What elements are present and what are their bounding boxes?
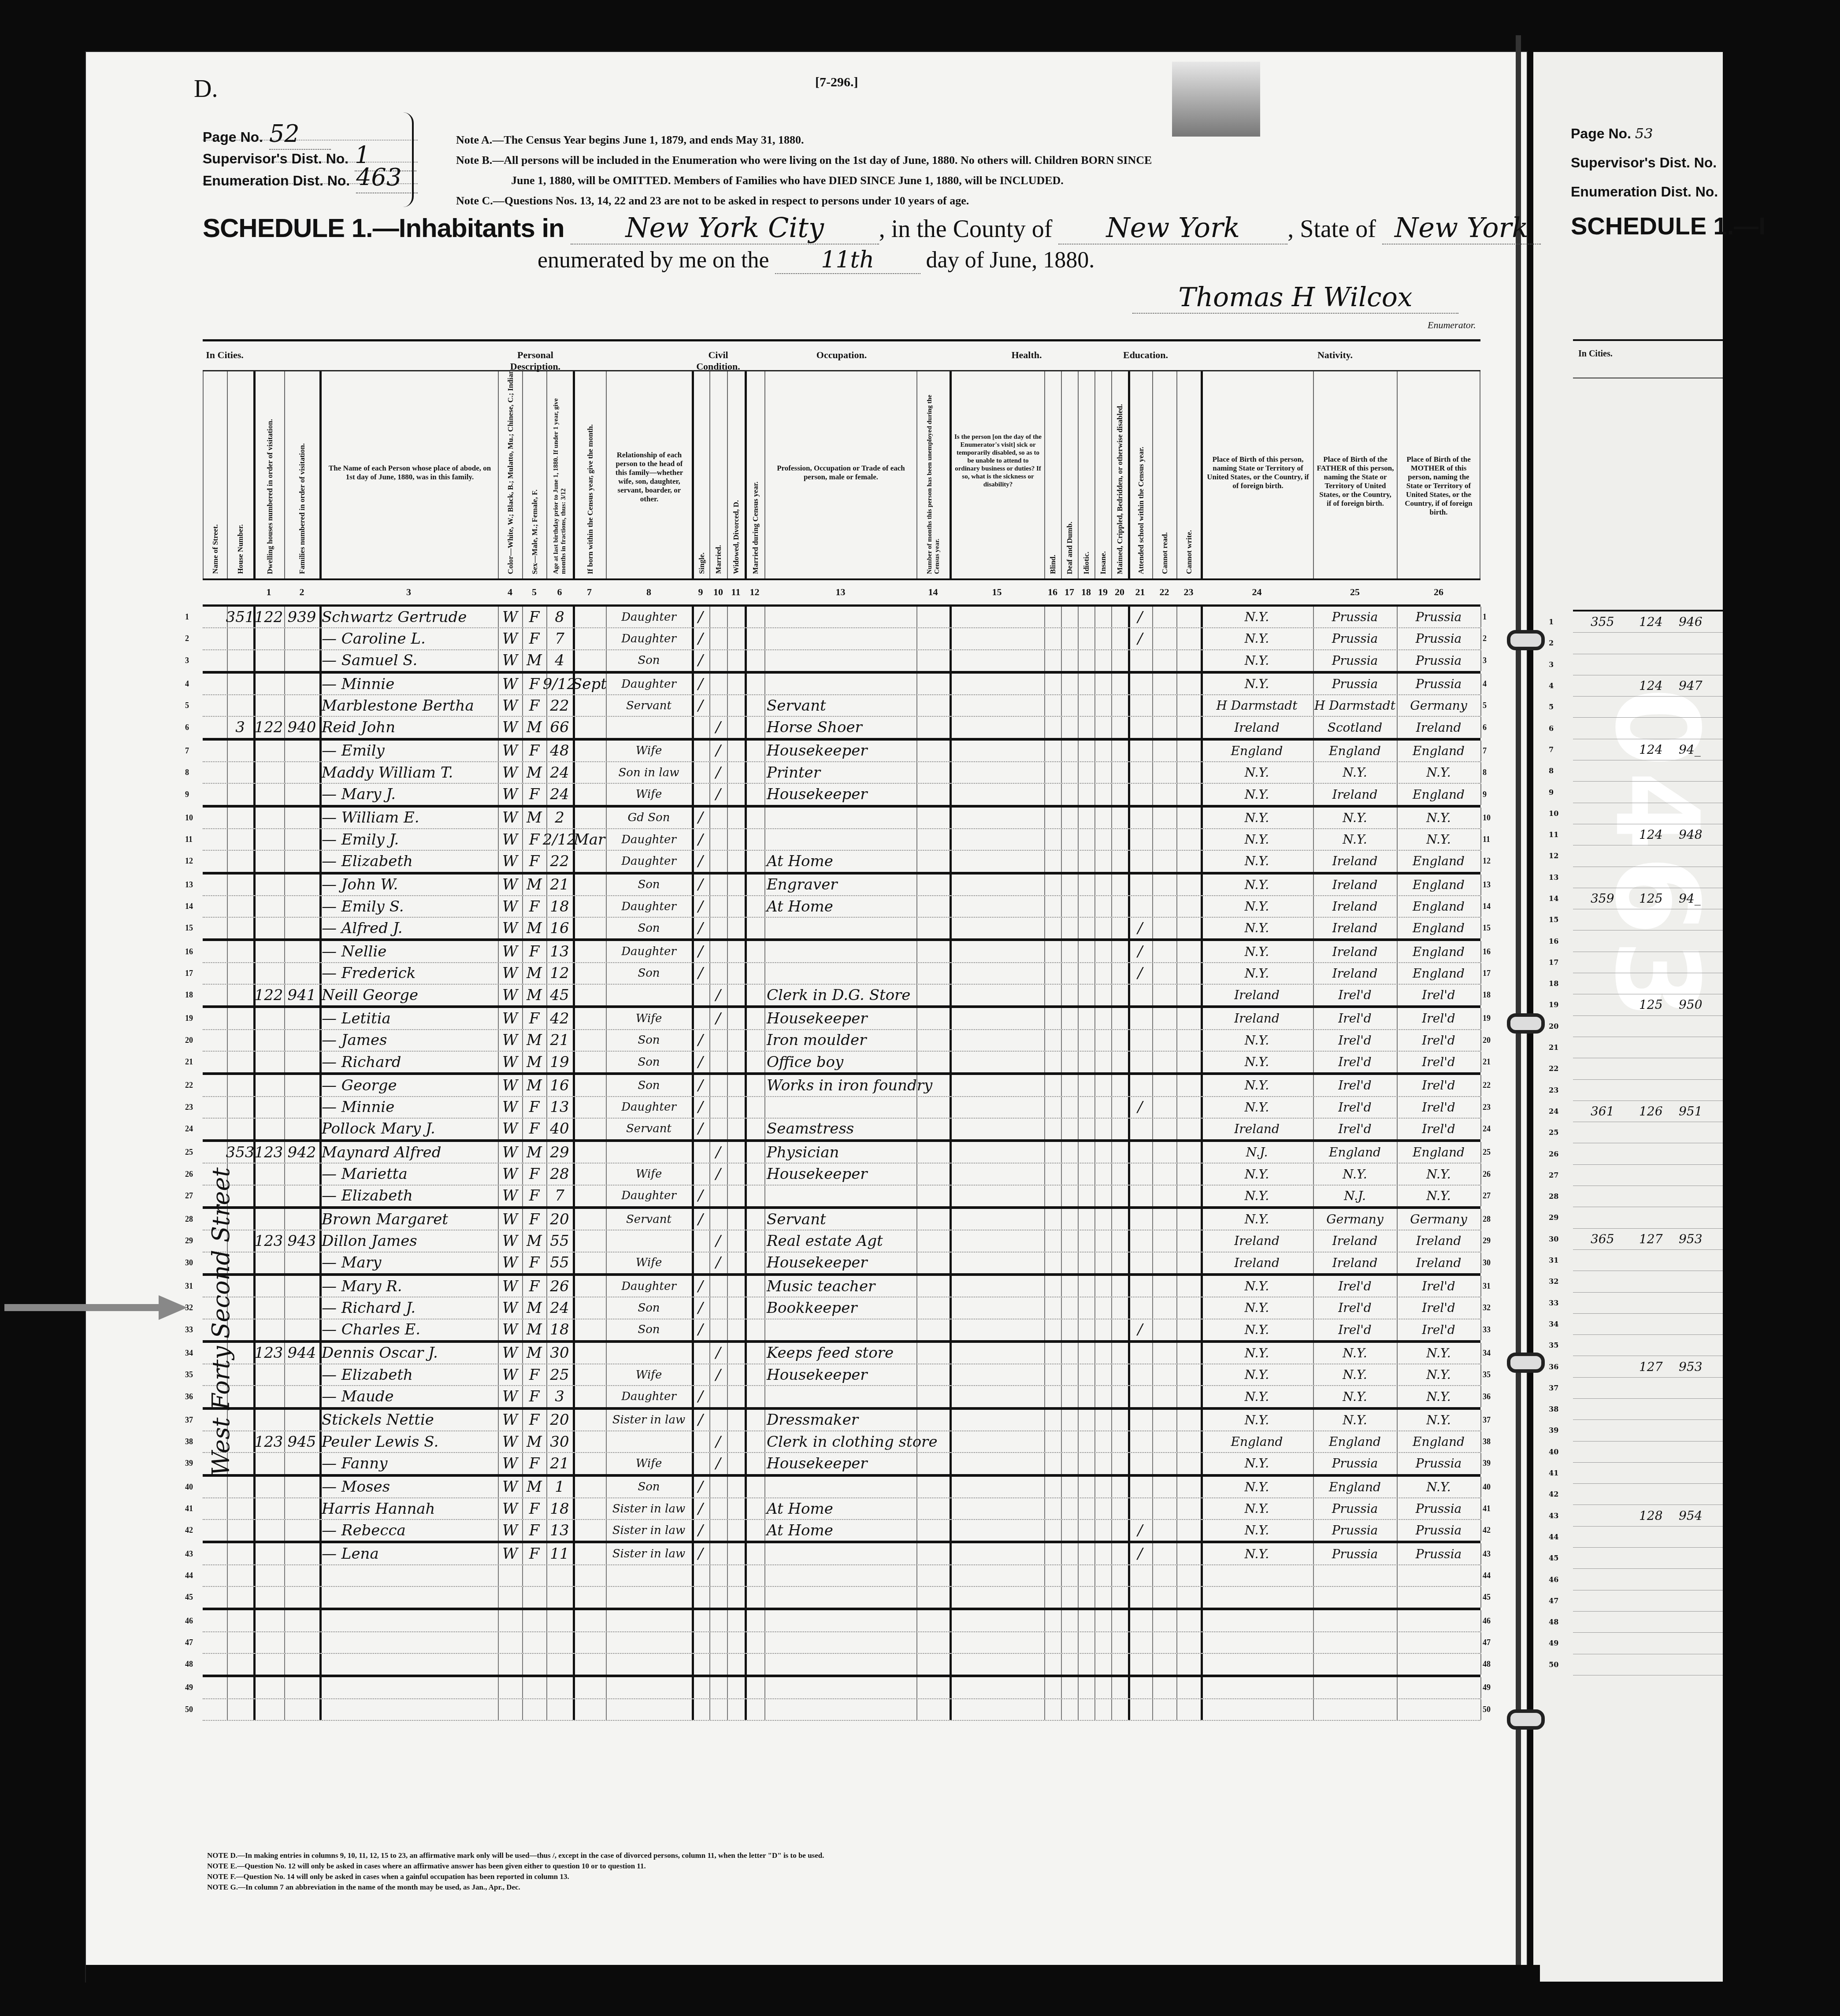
- married-mark: [709, 1587, 727, 1608]
- note-b: Note B.—All persons will be included in …: [456, 150, 1425, 170]
- enum-prefix: enumerated by me on the: [538, 248, 769, 273]
- row-number: 12: [1483, 851, 1491, 871]
- birth-month: Sept: [573, 674, 606, 694]
- row-number: 39: [185, 1453, 193, 1474]
- header-sickness: Is the person [on the day of the Enumera…: [950, 371, 1044, 578]
- occupation: At Home: [767, 851, 916, 871]
- relationship: Sister in law: [606, 1410, 692, 1430]
- table-row: 44— MinnieWF9/12SeptDaughter/N.Y.Prussia…: [203, 674, 1480, 695]
- house-number: [227, 1543, 253, 1564]
- age: [546, 1565, 573, 1586]
- single-mark: /: [692, 829, 709, 850]
- school-mark: /: [1128, 607, 1152, 627]
- mother-birthplace: Prussia: [1397, 674, 1480, 694]
- sex: F: [522, 1209, 546, 1230]
- married-mark: /: [709, 1164, 727, 1184]
- house-number: [227, 1565, 253, 1586]
- single-mark: [692, 1610, 709, 1631]
- birth-month: [573, 717, 606, 737]
- mother-birthplace: Prussia: [1397, 1453, 1480, 1474]
- birthplace: [1201, 1654, 1313, 1675]
- married-mark: /: [709, 1343, 727, 1364]
- relationship: Servant: [606, 1119, 692, 1139]
- column-number: 18: [1078, 586, 1094, 598]
- birth-month: [573, 1610, 606, 1631]
- table-row: 4242— RebeccaWF13Sister in law/At Home/N…: [203, 1520, 1480, 1543]
- birthplace: N.Y.: [1201, 941, 1313, 962]
- relationship: [606, 1230, 692, 1251]
- row-number: 21: [1483, 1052, 1491, 1072]
- birth-month: [573, 1632, 606, 1653]
- mother-birthplace: N.Y.: [1397, 1364, 1480, 1385]
- occupation: Housekeeper: [767, 1253, 916, 1273]
- married-mark: [709, 896, 727, 917]
- mother-birthplace: England: [1397, 1142, 1480, 1163]
- adj-table-row: 4124947: [1573, 675, 1723, 697]
- adj-page-no: 53: [1635, 125, 1653, 142]
- age: 22: [546, 695, 573, 716]
- birthplace: N.Y.: [1201, 1052, 1313, 1072]
- person-name: — Nellie: [322, 941, 498, 962]
- mother-birthplace: Prussia: [1397, 1498, 1480, 1519]
- row-number: 50: [185, 1699, 193, 1720]
- table-row: 99— Mary J.WF24Wife/HousekeeperN.Y.Irela…: [203, 784, 1480, 807]
- dwelling-number: [253, 1119, 284, 1139]
- person-name: [322, 1587, 498, 1608]
- married-mark: [709, 1276, 727, 1297]
- adj-row-number: 36: [1549, 1356, 1558, 1377]
- family-number: [284, 1164, 319, 1184]
- column-number: 14: [916, 586, 950, 598]
- row-number: 11: [1483, 829, 1490, 850]
- header-months-unemployed: Number of months this person has been un…: [916, 371, 950, 578]
- color: W: [498, 918, 522, 938]
- color: W: [498, 829, 522, 850]
- person-name: Reid John: [322, 717, 498, 737]
- color: W: [498, 896, 522, 917]
- header-birth-mother: Place of Birth of the MOTHER of this per…: [1397, 371, 1480, 578]
- single-mark: [692, 985, 709, 1005]
- age: 42: [546, 1008, 573, 1029]
- sex: [522, 1565, 546, 1586]
- age: 3: [546, 1386, 573, 1407]
- sex: [522, 1632, 546, 1653]
- single-mark: /: [692, 1520, 709, 1541]
- adj-row-number: 40: [1549, 1442, 1558, 1462]
- adj-table-row: 28: [1573, 1186, 1723, 1207]
- birth-month: [573, 1030, 606, 1051]
- father-birthplace: Germany: [1313, 1209, 1397, 1230]
- single-mark: [692, 1253, 709, 1273]
- father-birthplace: [1313, 1699, 1397, 1720]
- mother-birthplace: N.Y.: [1397, 829, 1480, 850]
- adj-row-number: 18: [1549, 973, 1558, 994]
- birthplace: N.Y.: [1201, 1410, 1313, 1430]
- row-number: 27: [185, 1186, 193, 1206]
- header-cannot-read: Cannot read.: [1152, 371, 1176, 578]
- header-single: Single.: [692, 371, 709, 578]
- color: W: [498, 674, 522, 694]
- birthplace: N.Y.: [1201, 762, 1313, 783]
- dwelling-number: [253, 963, 284, 984]
- married-mark: /: [709, 1142, 727, 1163]
- birthplace: [1201, 1699, 1313, 1720]
- sex: [522, 1610, 546, 1631]
- family-number: 943: [284, 1230, 319, 1251]
- family-number: [284, 650, 319, 671]
- family-number: [284, 1543, 319, 1564]
- birth-month: [573, 1520, 606, 1541]
- birthplace: N.Y.: [1201, 607, 1313, 627]
- sex: F: [522, 1253, 546, 1273]
- table-row: 2020— JamesWM21Son/Iron moulderN.Y.Irel'…: [203, 1030, 1480, 1052]
- age: 21: [546, 1030, 573, 1051]
- school-mark: [1128, 717, 1152, 737]
- mother-birthplace: N.Y.: [1397, 1186, 1480, 1206]
- father-birthplace: Ireland: [1313, 875, 1397, 895]
- adj-family: 947: [1679, 675, 1702, 696]
- table-row: 77— EmilyWF48Wife/HousekeeperEnglandEngl…: [203, 741, 1480, 762]
- birth-month: [573, 1253, 606, 1273]
- birth-month: [573, 1119, 606, 1139]
- adj-headers: [1573, 378, 1723, 611]
- occupation: Works in iron foundry: [767, 1075, 916, 1096]
- column-number: 9: [692, 586, 709, 598]
- color: W: [498, 985, 522, 1005]
- family-number: [284, 829, 319, 850]
- adj-row-number: 33: [1549, 1293, 1558, 1313]
- person-name: [322, 1565, 498, 1586]
- relationship: [606, 717, 692, 737]
- color: [498, 1654, 522, 1675]
- relationship: Daughter: [606, 941, 692, 962]
- dwelling-number: [253, 1052, 284, 1072]
- married-mark: /: [709, 741, 727, 761]
- father-birthplace: Irel'd: [1313, 1052, 1397, 1072]
- age: 66: [546, 717, 573, 737]
- relationship: Daughter: [606, 1097, 692, 1118]
- sex: M: [522, 1142, 546, 1163]
- father-birthplace: Irel'd: [1313, 1119, 1397, 1139]
- table-row: 2121— RichardWM19Son/Office boyN.Y.Irel'…: [203, 1052, 1480, 1075]
- row-number: 17: [1483, 963, 1491, 984]
- age: 7: [546, 1186, 573, 1206]
- sex: F: [522, 1453, 546, 1474]
- person-name: — Emily J.: [322, 829, 498, 850]
- school-mark: [1128, 1477, 1152, 1497]
- relationship: Son: [606, 963, 692, 984]
- mother-birthplace: Irel'd: [1397, 1097, 1480, 1118]
- father-birthplace: Irel'd: [1313, 1008, 1397, 1029]
- birth-month: [573, 1209, 606, 1230]
- row-number: 36: [185, 1386, 193, 1407]
- adj-row-number: 5: [1549, 697, 1554, 717]
- mother-birthplace: Irel'd: [1397, 1075, 1480, 1096]
- relationship: Wife: [606, 1453, 692, 1474]
- relationship: Daughter: [606, 896, 692, 917]
- occupation: [767, 829, 916, 850]
- birthplace: N.Y.: [1201, 1319, 1313, 1340]
- birth-month: [573, 628, 606, 649]
- school-mark: [1128, 1343, 1152, 1364]
- relationship: [606, 1431, 692, 1452]
- birth-month: [573, 650, 606, 671]
- row-number: 32: [1483, 1297, 1491, 1318]
- adj-family: 951: [1679, 1101, 1702, 1122]
- birthplace: Ireland: [1201, 1008, 1313, 1029]
- mother-birthplace: N.Y.: [1397, 762, 1480, 783]
- relationship: Son: [606, 918, 692, 938]
- dwelling-number: [253, 1410, 284, 1430]
- color: W: [498, 741, 522, 761]
- birthplace: Ireland: [1201, 1119, 1313, 1139]
- married-mark: [709, 918, 727, 938]
- city-value: New York City: [571, 211, 879, 245]
- column-number: 20: [1111, 586, 1128, 598]
- house-number: [227, 650, 253, 671]
- sex: F: [522, 1520, 546, 1541]
- adj-dwelling: 127: [1639, 1356, 1662, 1377]
- relationship: Son: [606, 1075, 692, 1096]
- person-name: [322, 1610, 498, 1631]
- adj-table-row: 34: [1573, 1314, 1723, 1335]
- row-number: 37: [1483, 1410, 1491, 1430]
- color: W: [498, 1164, 522, 1184]
- mother-birthplace: England: [1397, 875, 1480, 895]
- single-mark: [692, 1565, 709, 1586]
- family-number: [284, 875, 319, 895]
- father-birthplace: [1313, 1632, 1397, 1653]
- adj-row-number: 4: [1549, 675, 1554, 696]
- occupation: Housekeeper: [767, 784, 916, 804]
- adj-table-row: 48: [1573, 1612, 1723, 1633]
- birth-month: [573, 1543, 606, 1564]
- family-number: [284, 1386, 319, 1407]
- header-family: Families numbered in order of visitation…: [284, 371, 319, 578]
- adj-table-row: 15: [1573, 909, 1723, 930]
- school-mark: [1128, 808, 1152, 828]
- married-mark: [709, 1186, 727, 1206]
- adj-row-number: 6: [1549, 718, 1554, 738]
- occupation: Housekeeper: [767, 1008, 916, 1029]
- adj-table-row: 18: [1573, 973, 1723, 994]
- color: W: [498, 1209, 522, 1230]
- header-married: Married.: [709, 371, 727, 578]
- occupation: [767, 808, 916, 828]
- house-number: [227, 1477, 253, 1497]
- age: 19: [546, 1052, 573, 1072]
- married-mark: [709, 1610, 727, 1631]
- family-number: 940: [284, 717, 319, 737]
- father-birthplace: [1313, 1610, 1397, 1631]
- adj-row-number: 13: [1549, 867, 1558, 888]
- occupation: At Home: [767, 896, 916, 917]
- header-dwelling: Dwelling houses numbered in order of vis…: [253, 371, 284, 578]
- birth-month: [573, 1319, 606, 1340]
- color: [498, 1632, 522, 1653]
- age: 2/12: [546, 829, 573, 850]
- school-mark: [1128, 875, 1152, 895]
- father-birthplace: England: [1313, 1431, 1397, 1452]
- adj-table-row: 10: [1573, 803, 1723, 824]
- adj-row-number: 12: [1549, 845, 1558, 866]
- family-number: [284, 1319, 319, 1340]
- occupation: [767, 1699, 916, 1720]
- family-number: [284, 963, 319, 984]
- occupation: Dressmaker: [767, 1410, 916, 1430]
- dwelling-number: [253, 695, 284, 716]
- adj-family: 950: [1679, 994, 1702, 1015]
- dwelling-number: [253, 1319, 284, 1340]
- header-born-month: If born within the Census year, give the…: [573, 371, 606, 578]
- dwelling-number: [253, 1453, 284, 1474]
- row-number: 19: [1483, 1008, 1491, 1029]
- relationship: [606, 1610, 692, 1631]
- row-number: 48: [1483, 1654, 1491, 1675]
- sex: M: [522, 1343, 546, 1364]
- house-number: [227, 1587, 253, 1608]
- schedule-line: SCHEDULE 1.—Inhabitants in New York City…: [203, 211, 1541, 245]
- school-mark: [1128, 762, 1152, 783]
- color: [498, 1610, 522, 1631]
- column-number: 2: [284, 586, 319, 598]
- father-birthplace: Prussia: [1313, 650, 1397, 671]
- birthplace: N.Y.: [1201, 784, 1313, 804]
- adj-dwelling: 124: [1639, 675, 1662, 696]
- brace: [403, 112, 414, 207]
- adj-house: 361: [1591, 1101, 1614, 1122]
- relationship: [606, 1632, 692, 1653]
- header-idiotic: Idiotic.: [1078, 371, 1094, 578]
- occupation: Office boy: [767, 1052, 916, 1072]
- school-mark: [1128, 1030, 1152, 1051]
- mother-birthplace: Prussia: [1397, 1520, 1480, 1541]
- table-row: 55Marblestone BerthaWF22Servant/ServantH…: [203, 695, 1480, 717]
- person-name: — Samuel S.: [322, 650, 498, 671]
- column-number-row: 1234567891011121314151617181920212223242…: [203, 580, 1480, 607]
- person-name: — Charles E.: [322, 1319, 498, 1340]
- married-mark: [709, 674, 727, 694]
- sex: M: [522, 717, 546, 737]
- school-mark: [1128, 985, 1152, 1005]
- father-birthplace: [1313, 1677, 1397, 1698]
- birthplace: N.Y.: [1201, 674, 1313, 694]
- person-name: — John W.: [322, 875, 498, 895]
- table-row: 3333— Charles E.WM18Son//N.Y.Irel'dIrel'…: [203, 1319, 1480, 1343]
- adj-dwelling: 125: [1639, 888, 1662, 909]
- age: 20: [546, 1209, 573, 1230]
- birthplace: N.Y.: [1201, 829, 1313, 850]
- family-number: 945: [284, 1431, 319, 1452]
- age: 11: [546, 1543, 573, 1564]
- row-number: 3: [185, 650, 189, 671]
- age: 24: [546, 1297, 573, 1318]
- adj-table-row: 1435912594_: [1573, 888, 1723, 909]
- row-number: 17: [185, 963, 193, 984]
- father-birthplace: Irel'd: [1313, 1319, 1397, 1340]
- family-number: [284, 1209, 319, 1230]
- married-mark: [709, 1654, 727, 1675]
- birthplace: N.Y.: [1201, 1520, 1313, 1541]
- row-number: 1: [185, 607, 189, 627]
- relationship: Servant: [606, 1209, 692, 1230]
- adj-table-row: 20: [1573, 1016, 1723, 1037]
- mother-birthplace: Prussia: [1397, 1543, 1480, 1564]
- birth-month: [573, 1008, 606, 1029]
- birthplace: [1201, 1610, 1313, 1631]
- relationship: Son: [606, 1030, 692, 1051]
- married-mark: /: [709, 784, 727, 804]
- family-number: [284, 1410, 319, 1430]
- person-name: Pollock Mary J.: [322, 1119, 498, 1139]
- single-mark: /: [692, 963, 709, 984]
- color: W: [498, 1343, 522, 1364]
- family-number: [284, 1654, 319, 1675]
- group-personal: Personal Description.: [498, 349, 573, 372]
- tape-tab: [1172, 62, 1260, 137]
- relationship: [606, 1565, 692, 1586]
- adj-table-row: 8: [1573, 760, 1723, 782]
- table-row: 4545: [203, 1587, 1480, 1610]
- dwelling-number: [253, 1632, 284, 1653]
- birthplace: N.Y.: [1201, 808, 1313, 828]
- table-row: 3838123945Peuler Lewis S.WM30/Clerk in c…: [203, 1431, 1480, 1453]
- color: W: [498, 1253, 522, 1273]
- dwelling-number: [253, 896, 284, 917]
- row-number: 41: [1483, 1498, 1491, 1519]
- table-row: 88Maddy William T.WM24Son in law/Printer…: [203, 762, 1480, 784]
- father-birthplace: N.Y.: [1313, 1410, 1397, 1430]
- row-number: 9: [185, 784, 189, 804]
- row-number: 23: [185, 1097, 193, 1118]
- row-number: 40: [185, 1477, 193, 1497]
- adj-table-row: 41: [1573, 1463, 1723, 1484]
- mother-birthplace: [1397, 1677, 1480, 1698]
- color: W: [498, 1364, 522, 1385]
- school-mark: [1128, 1186, 1152, 1206]
- person-name: Peuler Lewis S.: [322, 1431, 498, 1452]
- adj-table-row: 25: [1573, 1122, 1723, 1143]
- age: 29: [546, 1142, 573, 1163]
- birth-month: [573, 1186, 606, 1206]
- person-name: Maynard Alfred: [322, 1142, 498, 1163]
- color: W: [498, 1386, 522, 1407]
- father-birthplace: N.Y.: [1313, 1364, 1397, 1385]
- relationship: Wife: [606, 1164, 692, 1184]
- dwelling-number: [253, 1364, 284, 1385]
- row-number: 46: [1483, 1610, 1491, 1631]
- adjacent-census-table: In Cities. 135512494623412494756712494_8…: [1573, 339, 1723, 1830]
- enum-suffix: day of June, 1880.: [926, 248, 1095, 273]
- sex: M: [522, 808, 546, 828]
- dwelling-number: [253, 1186, 284, 1206]
- mother-birthplace: Irel'd: [1397, 1008, 1480, 1029]
- occupation: [767, 918, 916, 938]
- sex: M: [522, 1431, 546, 1452]
- school-mark: [1128, 1075, 1152, 1096]
- occupation: Keeps feed store: [767, 1343, 916, 1364]
- table-row: 4949: [203, 1677, 1480, 1699]
- note-f: NOTE F.—Question No. 14 will only be ask…: [207, 1871, 824, 1882]
- state-value: New York: [1382, 211, 1541, 245]
- header-color: Color—White, W.; Black, B.; Mulatto, Mu.…: [498, 371, 522, 578]
- married-mark: [709, 1477, 727, 1497]
- mother-birthplace: England: [1397, 784, 1480, 804]
- mother-birthplace: N.Y.: [1397, 808, 1480, 828]
- married-mark: [709, 1209, 727, 1230]
- table-row: 3434123944Dennis Oscar J.WM30/Keeps feed…: [203, 1343, 1480, 1364]
- table-row: 2323— MinnieWF13Daughter//N.Y.Irel'dIrel…: [203, 1097, 1480, 1119]
